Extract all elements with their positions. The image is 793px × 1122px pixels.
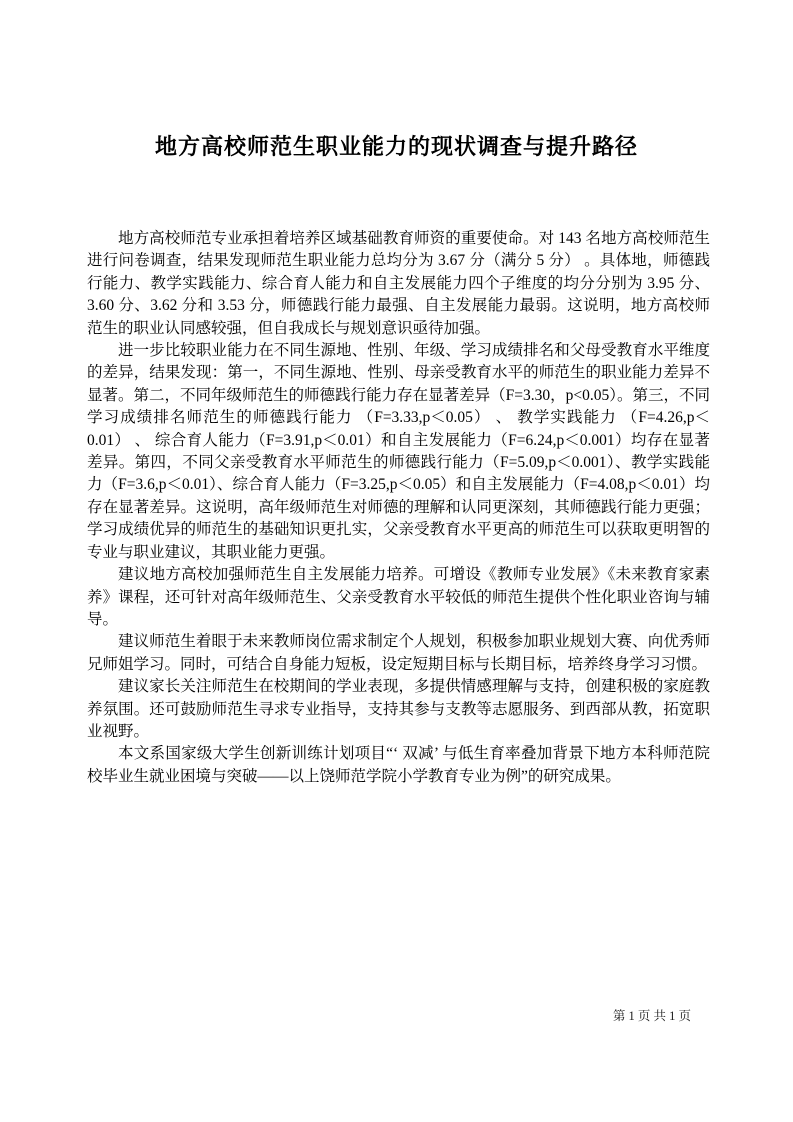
paragraph-comparison-analysis: 进一步比较职业能力在不同生源地、性别、年级、学习成绩排名和父母受教育水平维度的差…: [87, 340, 710, 564]
paragraph-suggestion-university: 建议地方高校加强师范生自主发展能力培养。可增设《教师专业发展》《未来教育家素养》…: [87, 564, 710, 631]
document-body: 地方高校师范专业承担着培养区域基础教育师资的重要使命。对 143 名地方高校师范…: [87, 228, 710, 788]
paragraph-suggestion-parents: 建议家长关注师范生在校期间的学业表现，多提供情感理解与支持，创建积极的家庭教养氛…: [87, 676, 710, 743]
page-number-footer: 第 1 页 共 1 页: [613, 1008, 691, 1024]
document-page: 地方高校师范生职业能力的现状调查与提升路径 地方高校师范专业承担着培养区域基础教…: [0, 0, 793, 1122]
page-title: 地方高校师范生职业能力的现状调查与提升路径: [0, 0, 793, 163]
paragraph-funding-note: 本文系国家级大学生创新训练计划项目“‘ 双减’ 与低生育率叠加背景下地方本科师范…: [87, 743, 710, 788]
paragraph-suggestion-students: 建议师范生着眼于未来教师岗位需求制定个人规划，积极参加职业规划大赛、向优秀师兄师…: [87, 631, 710, 676]
paragraph-overview: 地方高校师范专业承担着培养区域基础教育师资的重要使命。对 143 名地方高校师范…: [87, 228, 710, 340]
